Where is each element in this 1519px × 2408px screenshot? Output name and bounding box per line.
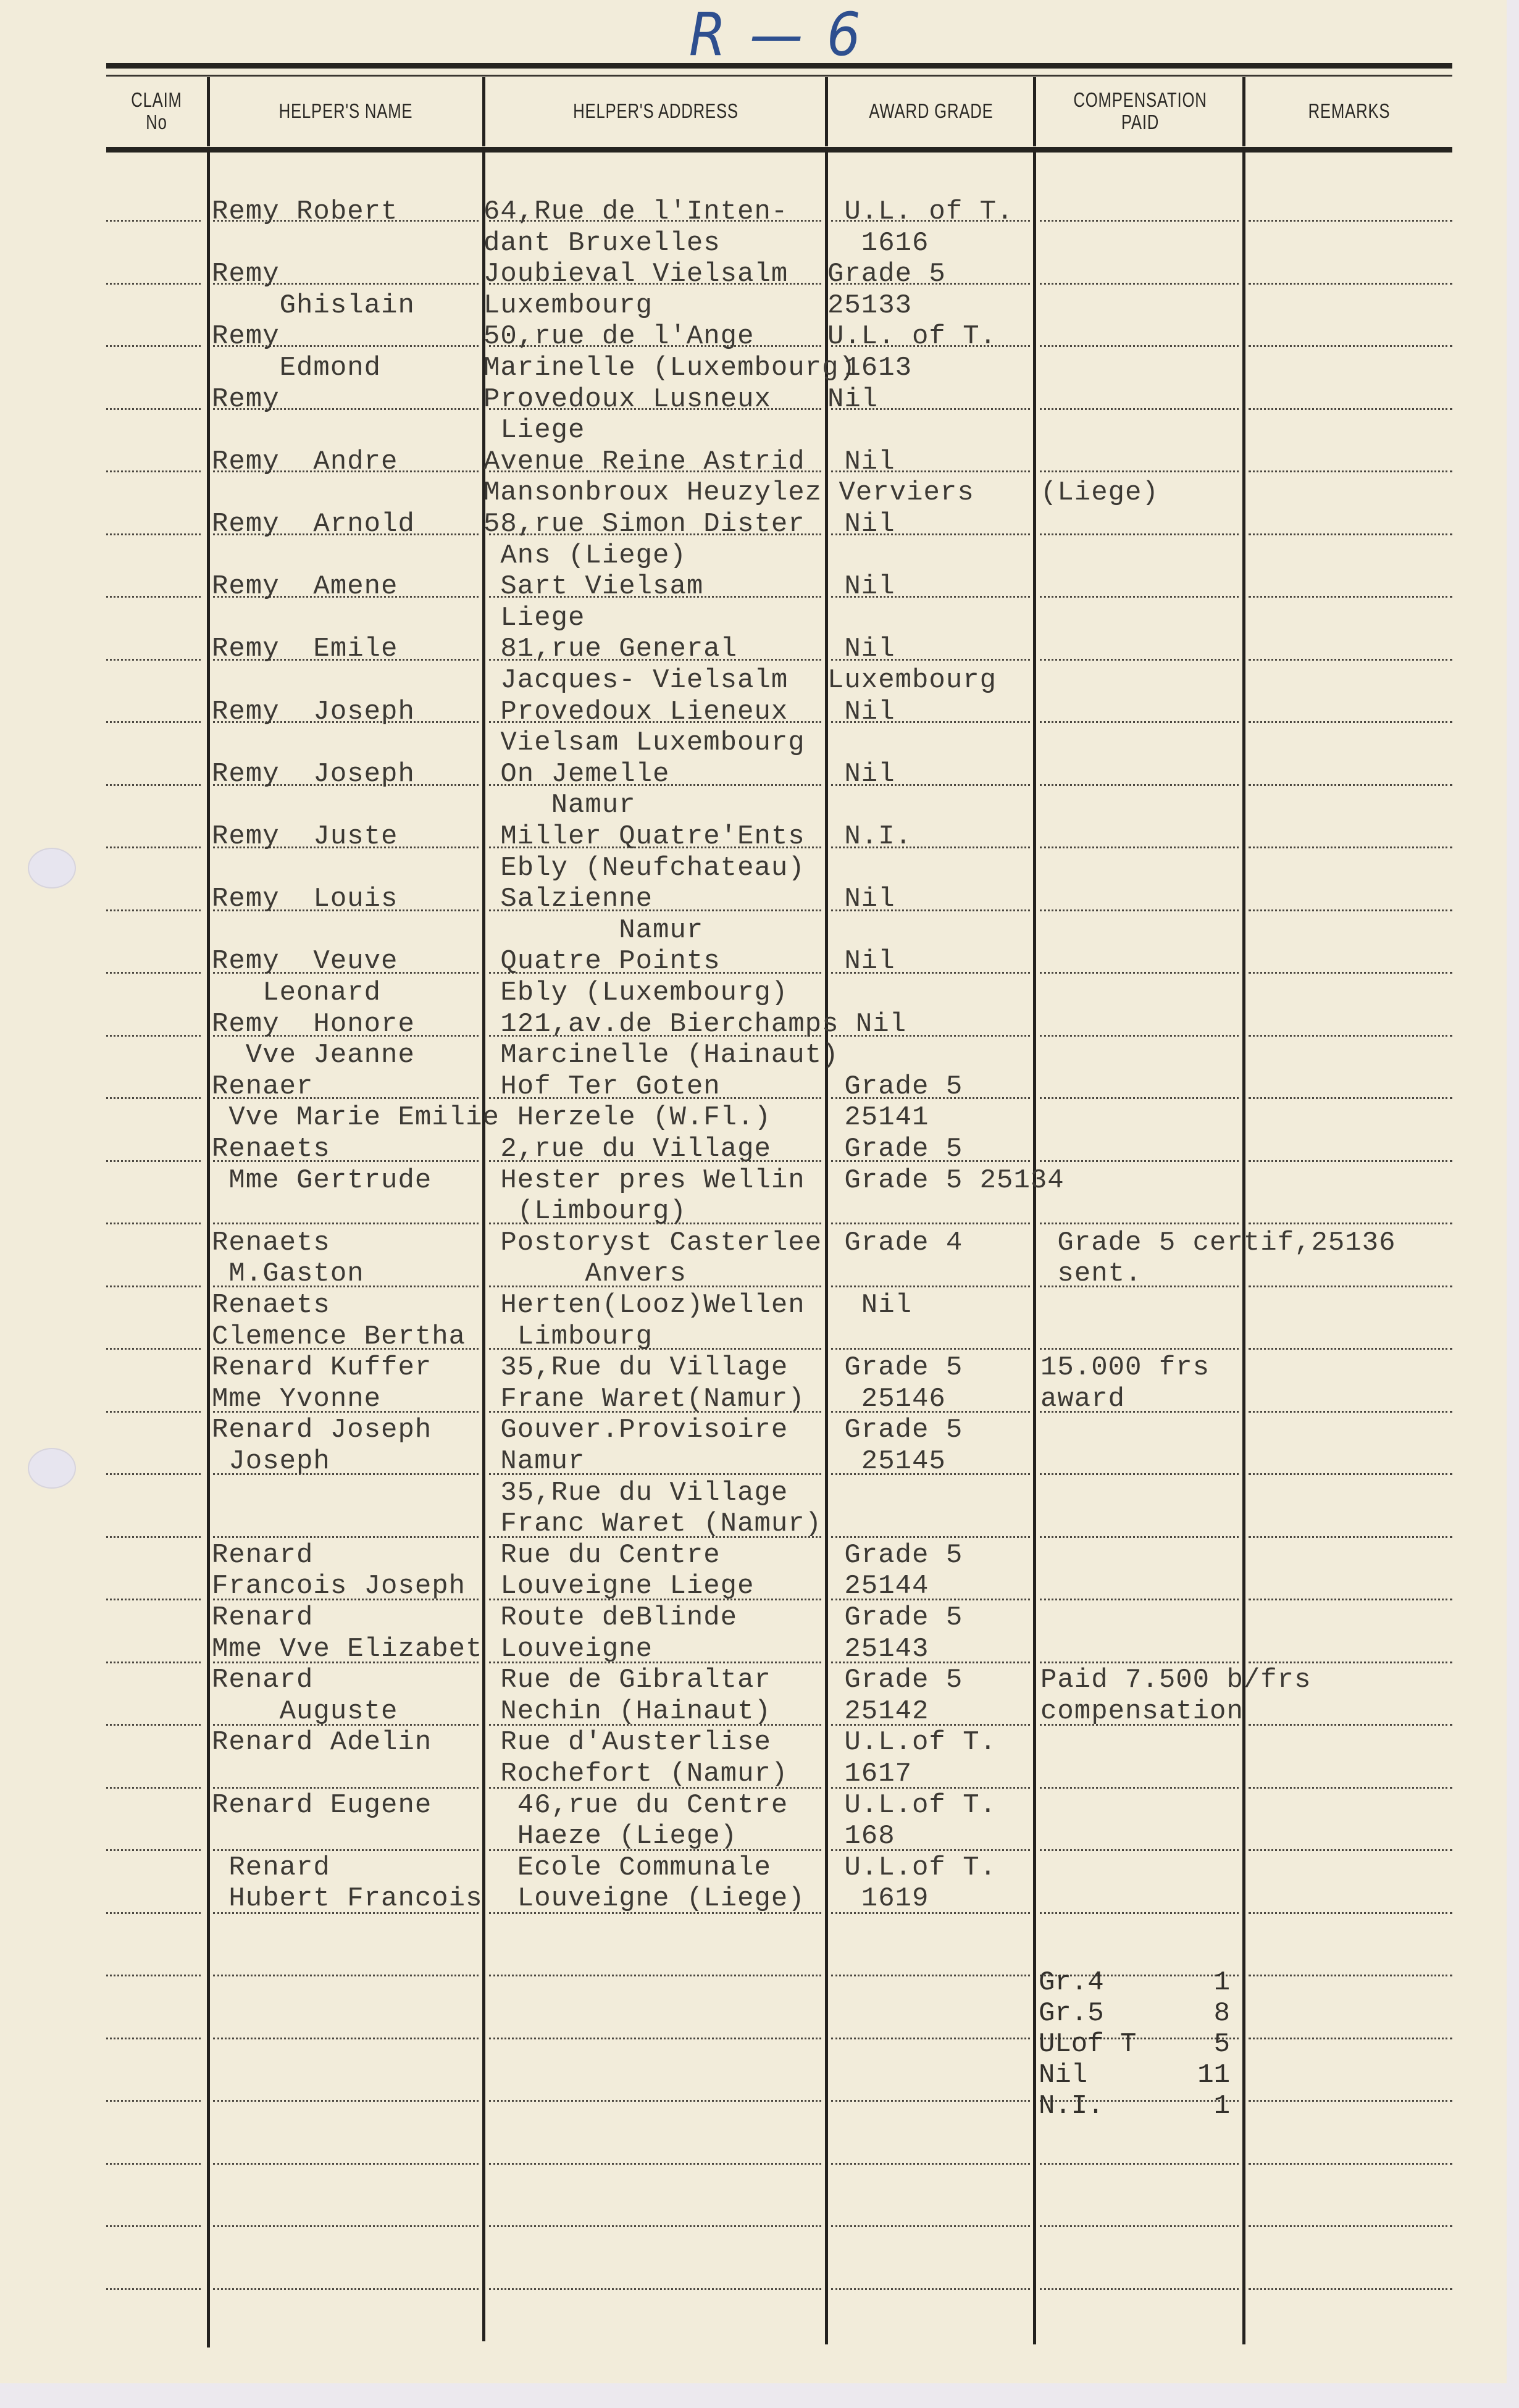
dotted-ruling xyxy=(1249,220,1452,222)
dotted-ruling xyxy=(106,470,201,472)
dotted-ruling xyxy=(1040,1160,1239,1162)
helper-name-text: Remy Robert xyxy=(212,196,398,228)
helper-address-text: Namur xyxy=(483,790,636,821)
helper-name-text: Renard xyxy=(212,1602,313,1634)
summary-count: 1 xyxy=(1214,2091,1230,2122)
dotted-ruling xyxy=(106,2288,201,2290)
award-grade-text: Grade 5 25134 xyxy=(827,1165,1065,1197)
helper-name-text: Edmond xyxy=(212,353,381,384)
compensation-text: (Liege) xyxy=(1040,477,1159,509)
summary-row: Nil11 xyxy=(1039,2060,1230,2091)
dotted-ruling xyxy=(1249,2038,1452,2039)
dotted-ruling xyxy=(106,1223,201,1224)
helper-name-text: Remy Amene xyxy=(212,571,398,603)
header-top-thin-rule xyxy=(106,75,1452,77)
helper-address-text: 81,rue General xyxy=(483,633,737,665)
helper-name-text: Mme Gertrude xyxy=(212,1165,432,1197)
dotted-ruling xyxy=(1040,1097,1239,1099)
column-divider xyxy=(825,77,828,146)
helper-address-text: Provedoux Lusneux xyxy=(483,384,771,416)
dotted-ruling xyxy=(1249,1787,1452,1789)
helper-name-text: Hubert Francois xyxy=(212,1883,482,1915)
helper-address-text: Ebly (Luxembourg) xyxy=(483,977,788,1009)
dotted-ruling xyxy=(1249,1536,1452,1538)
award-grade-text: Grade 5 xyxy=(827,1540,963,1571)
dotted-ruling xyxy=(1040,1473,1239,1475)
award-grade-text: 25141 xyxy=(827,1102,929,1134)
helper-address-text: Rue du Centre xyxy=(483,1540,721,1571)
dotted-ruling xyxy=(1040,972,1239,974)
dotted-ruling xyxy=(1040,533,1239,535)
helper-address-text: Vielsam Luxembourg xyxy=(483,727,805,759)
award-grade-text: Grade 4 xyxy=(827,1227,963,1259)
dotted-ruling xyxy=(106,1787,201,1789)
helper-address-text: Liege xyxy=(483,603,585,634)
helper-name-text: Renard Joseph xyxy=(212,1415,432,1446)
helper-address-text: Hof Ter Goten xyxy=(483,1071,721,1103)
dotted-ruling xyxy=(106,1975,201,1976)
dotted-ruling xyxy=(213,2100,479,2102)
award-grade-text: Nil xyxy=(827,696,895,728)
award-grade-text: U.L.of T. xyxy=(827,1727,997,1758)
dotted-ruling xyxy=(106,1724,201,1726)
dotted-ruling xyxy=(1249,596,1452,598)
dotted-ruling xyxy=(489,2163,821,2165)
header-top-rule xyxy=(106,63,1452,69)
helper-name-text: Remy Veuve xyxy=(212,946,398,977)
header-bottom-rule xyxy=(106,147,1452,153)
summary-row: ULof T5 xyxy=(1039,2029,1230,2060)
award-grade-text: U.L.of T. xyxy=(827,1852,997,1884)
award-grade-text: Grade 5 xyxy=(827,1415,963,1446)
helper-name-text: Remy Joseph xyxy=(212,759,415,790)
summary-count: 8 xyxy=(1214,1998,1230,2029)
helper-name-text: Remy xyxy=(212,384,280,416)
dotted-ruling xyxy=(106,1662,201,1663)
award-grade-text: 25142 xyxy=(827,1696,929,1728)
helper-name-text: Remy xyxy=(212,259,280,290)
helper-address-text: Joubieval Vielsalm xyxy=(483,259,788,290)
summary-count: 5 xyxy=(1214,2029,1230,2060)
helper-address-text: Miller Quatre'Ents xyxy=(483,821,805,853)
helper-address-text: Rue d'Austerlise xyxy=(483,1727,771,1758)
column-header-claim-no: CLAIMNo xyxy=(117,77,196,145)
dotted-ruling xyxy=(106,847,201,848)
dotted-ruling xyxy=(1249,847,1452,848)
helper-address-text: Franc Waret (Namur) xyxy=(483,1508,822,1540)
dotted-ruling xyxy=(213,2163,479,2165)
helper-address-text: Rue de Gibraltar xyxy=(483,1665,771,1696)
dotted-ruling xyxy=(1040,470,1239,472)
column-divider xyxy=(1242,77,1245,146)
award-grade-text: 25146 xyxy=(827,1384,946,1415)
helper-name-text: Mme Vve Elizabet xyxy=(212,1634,482,1665)
dotted-ruling xyxy=(1249,909,1452,911)
dotted-ruling xyxy=(1249,1662,1452,1663)
award-grade-text: 1616 xyxy=(827,228,929,259)
summary-row: Gr.41 xyxy=(1039,1967,1230,1998)
dotted-ruling xyxy=(106,345,201,347)
dotted-ruling xyxy=(1040,408,1239,410)
helper-name-text: Renaets xyxy=(212,1134,330,1165)
dotted-ruling xyxy=(489,2225,821,2227)
dotted-ruling xyxy=(1249,408,1452,410)
dotted-ruling xyxy=(831,2163,1030,2165)
award-grade-text: Grade 5 xyxy=(827,1602,963,1634)
award-grade-text: Grade 5 xyxy=(827,1071,963,1103)
dotted-ruling xyxy=(1040,1035,1239,1037)
helper-address-text: 46,rue du Centre xyxy=(483,1790,788,1821)
helper-name-text: Renaer xyxy=(212,1071,313,1103)
helper-address-text: 2,rue du Village xyxy=(483,1134,771,1165)
column-header-remarks: REMARKS xyxy=(1269,77,1430,145)
column-header-award-grade: AWARD GRADE xyxy=(852,77,1011,145)
helper-address-text: Avenue Reine Astrid xyxy=(483,446,805,478)
dotted-ruling xyxy=(106,1849,201,1851)
helper-address-text: Jacques- Vielsalm xyxy=(483,665,788,696)
helper-name-text: Renard xyxy=(212,1852,330,1884)
ledger-page: R — 6 CLAIMNo HELPER'S NAME HELPER'S ADD… xyxy=(0,0,1507,2383)
dotted-ruling xyxy=(106,1035,201,1037)
dotted-ruling xyxy=(213,1787,479,1789)
helper-name-text: Renard xyxy=(212,1665,313,1696)
helper-address-text: Frane Waret(Namur) xyxy=(483,1384,805,1415)
dotted-ruling xyxy=(1040,220,1239,222)
dotted-ruling xyxy=(213,1975,479,1976)
helper-address-text: Postoryst Casterlee xyxy=(483,1227,822,1259)
dotted-ruling xyxy=(831,2100,1030,2102)
dotted-ruling xyxy=(1040,659,1239,661)
helper-address-text: Namur xyxy=(483,1446,585,1478)
dotted-ruling xyxy=(1249,345,1452,347)
dotted-ruling xyxy=(106,283,201,285)
helper-name-text: Remy Honore xyxy=(212,1009,415,1040)
dotted-ruling xyxy=(1249,1724,1452,1726)
award-grade-text: 1617 xyxy=(827,1758,912,1790)
award-grade-text: Nil xyxy=(827,884,895,915)
award-grade-text: U.L. of T. xyxy=(827,196,1013,228)
binder-hole xyxy=(28,848,76,888)
helper-name-text: Vve Marie Emilie xyxy=(212,1102,500,1134)
compensation-text: compensation xyxy=(1040,1696,1244,1728)
award-grade-text: Nil xyxy=(827,509,895,540)
dotted-ruling xyxy=(1040,1348,1239,1350)
column-divider xyxy=(207,77,210,146)
dotted-ruling xyxy=(1040,1787,1239,1789)
dotted-ruling xyxy=(1040,721,1239,723)
helper-address-text: Namur xyxy=(483,915,703,947)
dotted-ruling xyxy=(106,2225,201,2227)
helper-address-text: Hester pres Wellin xyxy=(483,1165,805,1197)
dotted-ruling xyxy=(831,1223,1030,1224)
award-grade-text: 1619 xyxy=(827,1883,929,1915)
helper-address-text: Provedoux Lieneux xyxy=(483,696,788,728)
dotted-ruling xyxy=(1040,345,1239,347)
award-grade-text: U.L. of T. xyxy=(827,321,997,353)
summary-row: Gr.58 xyxy=(1039,1998,1230,2029)
award-grade-text: Grade 5 xyxy=(827,1352,963,1384)
award-grade-text: Nil xyxy=(827,633,895,665)
award-grade-text: Grade 5 xyxy=(827,259,946,290)
helper-name-text: Renard xyxy=(212,1540,313,1571)
helper-address-text: 121,av.de Bierchamps Nil xyxy=(483,1009,906,1040)
dotted-ruling xyxy=(1040,1912,1239,1914)
helper-address-text: Anvers xyxy=(483,1258,687,1290)
dotted-ruling xyxy=(106,2163,201,2165)
dotted-ruling xyxy=(213,2038,479,2039)
helper-address-text: Sart Vielsam xyxy=(483,571,703,603)
helper-name-text: Clemence Bertha xyxy=(212,1321,466,1353)
award-grade-text: Grade 5 xyxy=(827,1665,963,1696)
summary-label: Gr.5 xyxy=(1039,1998,1104,2029)
award-grade-text: Nil xyxy=(827,571,895,603)
dotted-ruling xyxy=(1249,1912,1452,1914)
dotted-ruling xyxy=(1249,470,1452,472)
helper-address-text: Ecole Communale xyxy=(483,1852,771,1884)
dotted-ruling xyxy=(106,1411,201,1413)
dotted-ruling xyxy=(1249,1223,1452,1224)
helper-address-text: Limbourg xyxy=(483,1321,653,1353)
helper-address-text: Quatre Points xyxy=(483,946,721,977)
dotted-ruling xyxy=(106,972,201,974)
helper-address-text: Haeze (Liege) xyxy=(483,1821,737,1852)
dotted-ruling xyxy=(1040,1599,1239,1600)
dotted-ruling xyxy=(106,1536,201,1538)
column-divider xyxy=(1033,77,1036,146)
award-grade-text: Nil xyxy=(827,446,895,478)
helper-address-text: Marinelle (Luxembourg) xyxy=(483,353,856,384)
helper-address-text: 64,Rue de l'Inten- xyxy=(483,196,788,228)
dotted-ruling xyxy=(1249,1975,1452,1976)
summary-count: 1 xyxy=(1214,1967,1230,1998)
compensation-text: Grade 5 certif,25136 xyxy=(1040,1227,1396,1259)
compensation-text: sent. xyxy=(1040,1258,1142,1290)
dotted-ruling xyxy=(831,2038,1030,2039)
dotted-ruling xyxy=(831,2288,1030,2290)
helper-address-text: 58,rue Simon Dister xyxy=(483,509,805,540)
dotted-ruling xyxy=(106,1599,201,1600)
dotted-ruling xyxy=(106,784,201,786)
award-grade-text: Nil xyxy=(827,946,895,977)
helper-name-text: Renard Kuffer xyxy=(212,1352,432,1384)
summary-label: Nil xyxy=(1039,2060,1087,2091)
helper-address-text: Louveigne (Liege) xyxy=(483,1883,805,1915)
helper-address-text: Ebly (Neufchateau) xyxy=(483,853,805,884)
award-grade-text: Luxembourg xyxy=(827,665,997,696)
handwritten-page-label: R — 6 xyxy=(689,0,864,69)
helper-name-text: Renaets xyxy=(212,1227,330,1259)
helper-name-text: M.Gaston xyxy=(212,1258,364,1290)
dotted-ruling xyxy=(1040,784,1239,786)
dotted-ruling xyxy=(213,1536,479,1538)
dotted-ruling xyxy=(1249,283,1452,285)
helper-name-text: Remy xyxy=(212,321,280,353)
award-grade-text: Nil xyxy=(827,384,878,416)
dotted-ruling xyxy=(831,1348,1030,1350)
award-grade-text: Nil xyxy=(827,1290,912,1321)
helper-address-text: Nechin (Hainaut) xyxy=(483,1696,771,1728)
dotted-ruling xyxy=(1040,909,1239,911)
summary-row: N.I.1 xyxy=(1039,2091,1230,2122)
helper-name-text: Remy Andre xyxy=(212,446,398,478)
helper-address-text: Ans (Liege) xyxy=(483,540,687,572)
dotted-ruling xyxy=(1249,1097,1452,1099)
dotted-ruling xyxy=(213,2288,479,2290)
helper-address-text: (Limbourg) xyxy=(483,1196,687,1227)
dotted-ruling xyxy=(106,1160,201,1162)
dotted-ruling xyxy=(106,533,201,535)
dotted-ruling xyxy=(213,2225,479,2227)
helper-name-text: Joseph xyxy=(212,1446,330,1478)
dotted-ruling xyxy=(1040,1223,1239,1224)
dotted-ruling xyxy=(106,596,201,598)
helper-address-text: On Jemelle xyxy=(483,759,669,790)
dotted-ruling xyxy=(1249,1849,1452,1851)
helper-address-text: Gouver.Provisoire xyxy=(483,1415,788,1446)
dotted-ruling xyxy=(213,1223,479,1224)
column-divider xyxy=(482,77,485,146)
dotted-ruling xyxy=(489,2038,821,2039)
award-grade-text: U.L.of T. xyxy=(827,1790,997,1821)
dotted-ruling xyxy=(1249,2225,1452,2227)
award-grade-text: 25145 xyxy=(827,1446,946,1478)
dotted-ruling xyxy=(1249,1599,1452,1600)
binder-hole xyxy=(28,1448,76,1489)
award-grade-text: 1613 xyxy=(827,353,912,384)
dotted-ruling xyxy=(1249,1035,1452,1037)
dotted-ruling xyxy=(489,2100,821,2102)
helper-address-text: 50,rue de l'Ange xyxy=(483,321,754,353)
helper-address-text: Salzienne xyxy=(483,884,653,915)
dotted-ruling xyxy=(1249,784,1452,786)
column-divider xyxy=(1033,153,1036,2344)
column-header-helper-name: HELPER'S NAME xyxy=(240,77,451,145)
award-grade-text: Grade 5 xyxy=(827,1134,963,1165)
award-grade-text: 25133 xyxy=(827,290,912,322)
compensation-text: 15.000 frs xyxy=(1040,1352,1210,1384)
column-divider xyxy=(207,153,210,2347)
award-grade-text: 25143 xyxy=(827,1634,929,1665)
compensation-text: award xyxy=(1040,1384,1125,1415)
dotted-ruling xyxy=(106,721,201,723)
dotted-ruling xyxy=(1249,1348,1452,1350)
helper-name-text: Renard Adelin xyxy=(212,1727,432,1758)
dotted-ruling xyxy=(1040,2225,1239,2227)
dotted-ruling xyxy=(1040,596,1239,598)
summary-count: 11 xyxy=(1197,2060,1230,2091)
dotted-ruling xyxy=(1249,721,1452,723)
dotted-ruling xyxy=(106,408,201,410)
dotted-ruling xyxy=(1249,1411,1452,1413)
helper-address-text: Liege xyxy=(483,415,585,446)
dotted-ruling xyxy=(106,1473,201,1475)
helper-address-text: Louveigne Liege xyxy=(483,1571,754,1602)
dotted-ruling xyxy=(106,2100,201,2102)
dotted-ruling xyxy=(106,1286,201,1287)
helper-name-text: Mme Yvonne xyxy=(212,1384,381,1415)
dotted-ruling xyxy=(831,1536,1030,1538)
dotted-ruling xyxy=(1249,2100,1452,2102)
dotted-ruling xyxy=(213,1849,479,1851)
compensation-text: Paid 7.500 b/frs xyxy=(1040,1665,1311,1696)
helper-address-text: Luxembourg xyxy=(483,290,653,322)
dotted-ruling xyxy=(1249,1473,1452,1475)
dotted-ruling xyxy=(1249,2288,1452,2290)
helper-address-text: Herten(Looz)Wellen xyxy=(483,1290,805,1321)
dotted-ruling xyxy=(106,220,201,222)
dotted-ruling xyxy=(489,2288,821,2290)
dotted-ruling xyxy=(106,1912,201,1914)
dotted-ruling xyxy=(106,1097,201,1099)
award-grade-text: Nil xyxy=(827,759,895,790)
dotted-ruling xyxy=(106,2038,201,2039)
helper-name-text: Renard Eugene xyxy=(212,1790,432,1821)
helper-name-text: Remy Emile xyxy=(212,633,398,665)
dotted-ruling xyxy=(831,2225,1030,2227)
summary-label: ULof T xyxy=(1039,2029,1136,2060)
dotted-ruling xyxy=(831,1286,1030,1287)
column-header-helper-address: HELPER'S ADDRESS xyxy=(524,77,787,145)
column-header-compensation-paid: COMPENSATIONPAID xyxy=(1060,77,1221,145)
helper-name-text: Leonard xyxy=(212,977,381,1009)
helper-address-text: Rochefort (Namur) xyxy=(483,1758,788,1790)
dotted-ruling xyxy=(1249,533,1452,535)
dotted-ruling xyxy=(489,1975,821,1976)
dotted-ruling xyxy=(1040,283,1239,285)
dotted-ruling xyxy=(831,1975,1030,1976)
summary-label: Gr.4 xyxy=(1039,1967,1104,1998)
helper-address-text: 35,Rue du Village xyxy=(483,1352,788,1384)
helper-name-text: Francois Joseph xyxy=(212,1571,466,1602)
helper-name-text: Renaets xyxy=(212,1290,330,1321)
helper-name-text: Vve Jeanne xyxy=(212,1040,415,1071)
helper-name-text: Ghislain xyxy=(212,290,415,322)
helper-address-text: Louveigne xyxy=(483,1634,653,1665)
dotted-ruling xyxy=(1249,972,1452,974)
dotted-ruling xyxy=(1040,847,1239,848)
award-grade-text: N.I. xyxy=(827,821,912,853)
award-grade-text: 25144 xyxy=(827,1571,929,1602)
award-grade-text: 168 xyxy=(827,1821,895,1852)
dotted-ruling xyxy=(1040,2288,1239,2290)
dotted-ruling xyxy=(1249,659,1452,661)
helper-address-text: Mansonbroux Heuzylez Verviers xyxy=(483,477,974,509)
helper-address-text: Herzele (W.Fl.) xyxy=(483,1102,771,1134)
helper-name-text: Auguste xyxy=(212,1696,398,1728)
helper-address-text: dant Bruxelles xyxy=(483,228,721,259)
helper-address-text: 35,Rue du Village xyxy=(483,1478,788,1509)
helper-address-text: Marcinelle (Hainaut) xyxy=(483,1040,839,1071)
dotted-ruling xyxy=(1249,2163,1452,2165)
summary-label: N.I. xyxy=(1039,2091,1104,2122)
helper-address-text: Route deBlinde xyxy=(483,1602,737,1634)
helper-name-text: Remy Arnold xyxy=(212,509,415,540)
helper-name-text: Remy Louis xyxy=(212,884,398,915)
dotted-ruling xyxy=(1040,1849,1239,1851)
dotted-ruling xyxy=(1040,2163,1239,2165)
dotted-ruling xyxy=(106,909,201,911)
dotted-ruling xyxy=(1249,1286,1452,1287)
dotted-ruling xyxy=(1249,1160,1452,1162)
helper-name-text: Remy Joseph xyxy=(212,696,415,728)
dotted-ruling xyxy=(106,659,201,661)
dotted-ruling xyxy=(1040,1536,1239,1538)
dotted-ruling xyxy=(106,1348,201,1350)
dotted-ruling xyxy=(1040,1662,1239,1663)
helper-name-text: Remy Juste xyxy=(212,821,398,853)
